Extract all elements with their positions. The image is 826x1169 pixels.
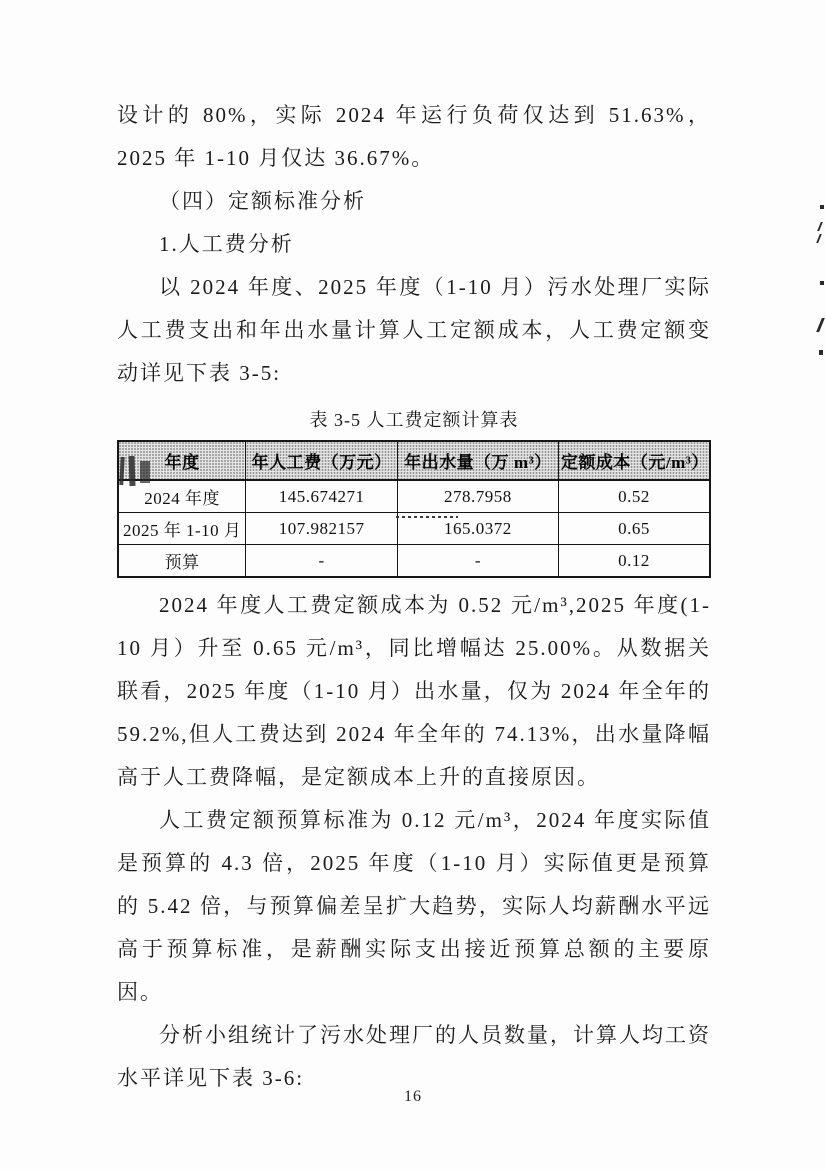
document-page: 设计的 80%，实际 2024 年运行负荷仅达到 51.63%，2025 年 1… xyxy=(0,0,826,1169)
header-cell-labor-cost: 年人工费（万元） xyxy=(246,441,398,480)
scan-artifact xyxy=(820,281,824,285)
scan-artifact xyxy=(140,461,150,483)
labor-cost-table: 年度 年人工费（万元） 年出水量（万 m³） 定额成本（元/m³） 2024 年… xyxy=(117,440,711,578)
header-cell-year: 年度 xyxy=(118,441,246,480)
scan-artifact xyxy=(396,516,458,518)
scan-artifact xyxy=(820,205,824,209)
paragraph-intro: 以 2024 年度、2025 年度（1-10 月）污水处理厂实际人工费支出和年出… xyxy=(117,266,711,395)
scan-artifact xyxy=(816,318,825,332)
scan-artifact xyxy=(819,350,823,355)
section-heading: （四）定额标准分析 xyxy=(117,180,711,223)
header-cell-unit-cost: 定额成本（元/m³） xyxy=(558,441,710,480)
cell-labor-cost: 107.982157 xyxy=(246,513,398,545)
page-number: 16 xyxy=(0,1088,826,1106)
cell-year: 2024 年度 xyxy=(118,480,246,513)
cell-unit-cost: 0.65 xyxy=(558,513,710,545)
cell-labor-cost: - xyxy=(246,545,398,578)
table-caption: 表 3-5 人工费定额计算表 xyxy=(117,400,711,440)
table-header-row: 年度 年人工费（万元） 年出水量（万 m³） 定额成本（元/m³） xyxy=(118,441,710,480)
cell-year: 预算 xyxy=(118,545,246,578)
table-row: 2024 年度 145.674271 278.7958 0.52 xyxy=(118,480,710,513)
header-cell-water-output: 年出水量（万 m³） xyxy=(397,441,558,480)
subsection-heading: 1.人工费分析 xyxy=(117,223,711,266)
cell-unit-cost: 0.12 xyxy=(558,545,710,578)
scan-artifact xyxy=(128,456,135,486)
paragraph-analysis-2: 人工费定额预算标准为 0.12 元/m³，2024 年度实际值是预算的 4.3 … xyxy=(117,799,711,1014)
paragraph-analysis-1: 2024 年度人工费定额成本为 0.52 元/m³,2025 年度(1-10 月… xyxy=(117,584,711,799)
scan-artifact xyxy=(817,222,823,231)
cell-labor-cost: 145.674271 xyxy=(246,480,398,513)
cell-unit-cost: 0.52 xyxy=(558,480,710,513)
page-content: 设计的 80%，实际 2024 年运行负荷仅达到 51.63%，2025 年 1… xyxy=(117,94,711,1100)
scan-artifact xyxy=(816,234,822,243)
cell-water-output: - xyxy=(397,545,558,578)
cell-year: 2025 年 1-10 月 xyxy=(118,513,246,545)
cell-water-output: 278.7958 xyxy=(397,480,558,513)
table-row: 预算 - - 0.12 xyxy=(118,545,710,578)
paragraph-continuation: 设计的 80%，实际 2024 年运行负荷仅达到 51.63%，2025 年 1… xyxy=(117,94,711,180)
